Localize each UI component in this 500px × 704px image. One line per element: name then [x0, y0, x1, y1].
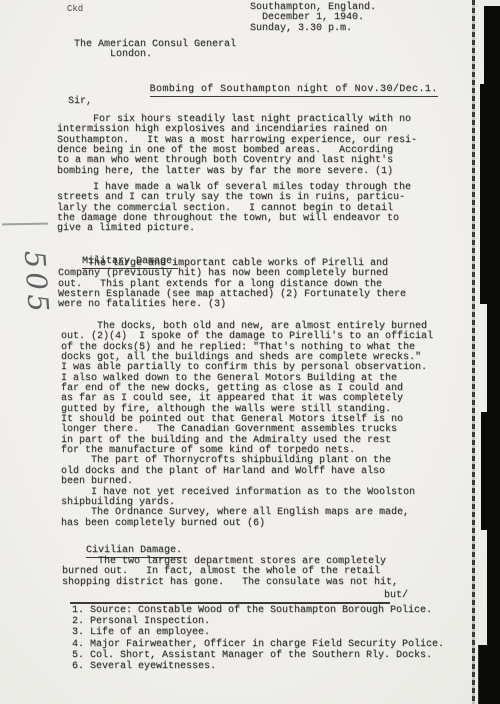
- docks-paragraph: The docks, both old and new, are almost …: [61, 322, 433, 529]
- catchword: but/: [384, 591, 408, 601]
- scanned-letter-page: Ckd Southampton, England. December 1, 19…: [0, 0, 500, 704]
- scan-edge-black-band: [484, 6, 500, 86]
- walk-paragraph: I have made a walk of several miles toda…: [57, 183, 411, 235]
- subject-heading-text: Bombing of Southampton night of Nov.30/D…: [150, 84, 438, 97]
- intro-paragraph: For six hours steadily last night practi…: [57, 115, 417, 177]
- footnotes: 1. Source: Constable Wood of the Southam…: [72, 605, 444, 672]
- check-mark: Ckd: [67, 4, 83, 14]
- scan-edge-black-band: [481, 412, 500, 530]
- salutation-text: Sir,: [68, 96, 92, 107]
- dateline: Southampton, England. December 1, 1940.S…: [250, 3, 376, 34]
- footnote-separator-line: [70, 602, 390, 604]
- salutation: Sir,: [68, 97, 92, 107]
- scan-edge-black-band: [487, 530, 500, 645]
- addressee: The American Consul General London.: [74, 40, 236, 61]
- civilian-paragraph: The two largest department stores are co…: [62, 557, 398, 588]
- scan-gutter-line: [472, 0, 475, 704]
- pencil-dash-mark: [2, 223, 48, 226]
- scan-edge-black-band: [487, 304, 500, 412]
- scan-edge-black-band: [480, 84, 500, 304]
- subject-heading: Bombing of Southampton night of Nov.30/D…: [124, 75, 438, 106]
- handwritten-margin-number: 505: [20, 244, 55, 322]
- military-paragraph: The large and important cable works of P…: [58, 259, 406, 311]
- scan-edge-black-band: [478, 645, 500, 704]
